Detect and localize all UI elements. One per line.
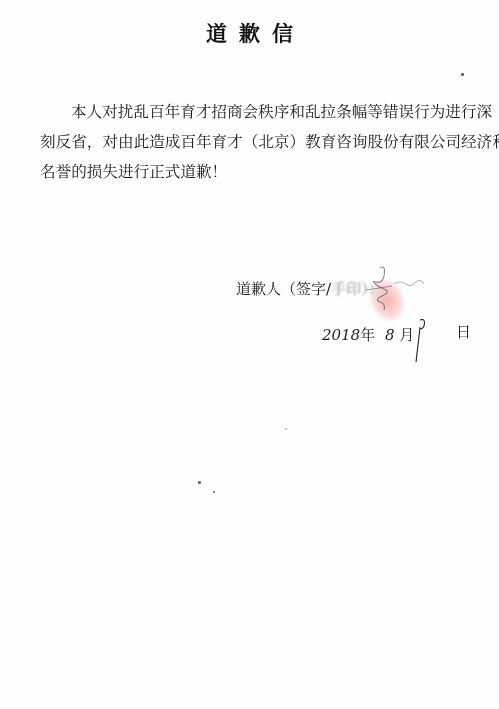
date-day: 日 (456, 321, 471, 342)
handwritten-signature (360, 262, 440, 322)
letter-title: 道歉信 (0, 18, 499, 48)
handwritten-stroke (410, 316, 430, 366)
scan-speck (461, 73, 464, 76)
body-line-3: 名誉的损失进行正式道歉！ (40, 160, 227, 182)
signature-label: 道歉人（签字/ (236, 280, 331, 298)
date-year: 2018年 (322, 324, 375, 345)
scanned-page: 道歉信 本人对扰乱百年育才招商会秩序和乱拉条幅等错误行为进行深 刻反省，对由此造… (0, 0, 499, 709)
scan-speck (198, 481, 201, 484)
body-line-1: 本人对扰乱百年育才招商会秩序和乱拉条幅等错误行为进行深 (71, 100, 492, 122)
scan-speck (213, 491, 215, 493)
body-line-2: 刻反省，对由此造成百年育才（北京）教育咨询股份有限公司经济和 (40, 130, 499, 152)
scan-speck (285, 428, 287, 430)
